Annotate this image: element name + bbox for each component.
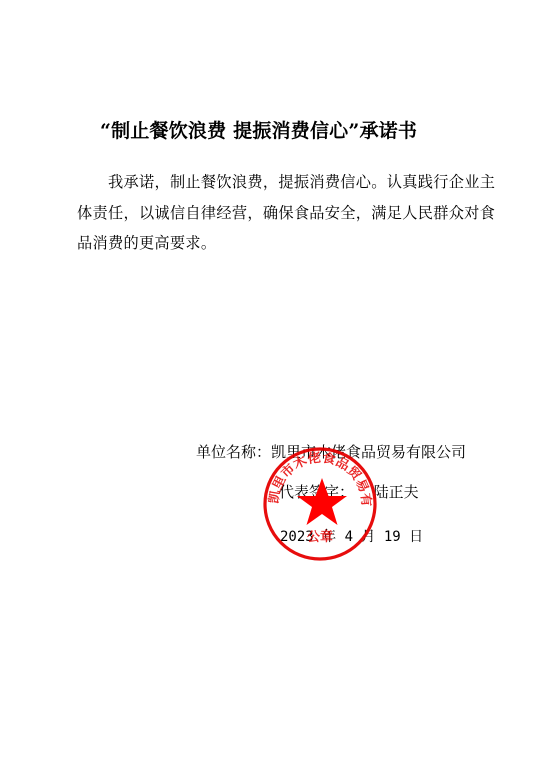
- company-label: 单位名称：: [196, 443, 271, 461]
- body-line-1: 我承诺，制止餐饮浪费，提振消费信心。认真践行企业主: [108, 171, 495, 192]
- company-seal-stamp: 凯里市木佬食品贸易有限公司 公章: [262, 446, 378, 562]
- star-icon: [297, 478, 347, 525]
- document-title: “制止餐饮浪费 提振消费信心”承诺书: [100, 116, 460, 143]
- body-line-3: 品消费的更高要求。: [77, 232, 216, 253]
- representative-name: 陆正夫: [374, 483, 419, 501]
- stamp-center-text: 公章: [307, 529, 333, 545]
- body-line-2: 体责任，以诚信自律经营，确保食品安全，满足人民群众对食: [77, 202, 495, 223]
